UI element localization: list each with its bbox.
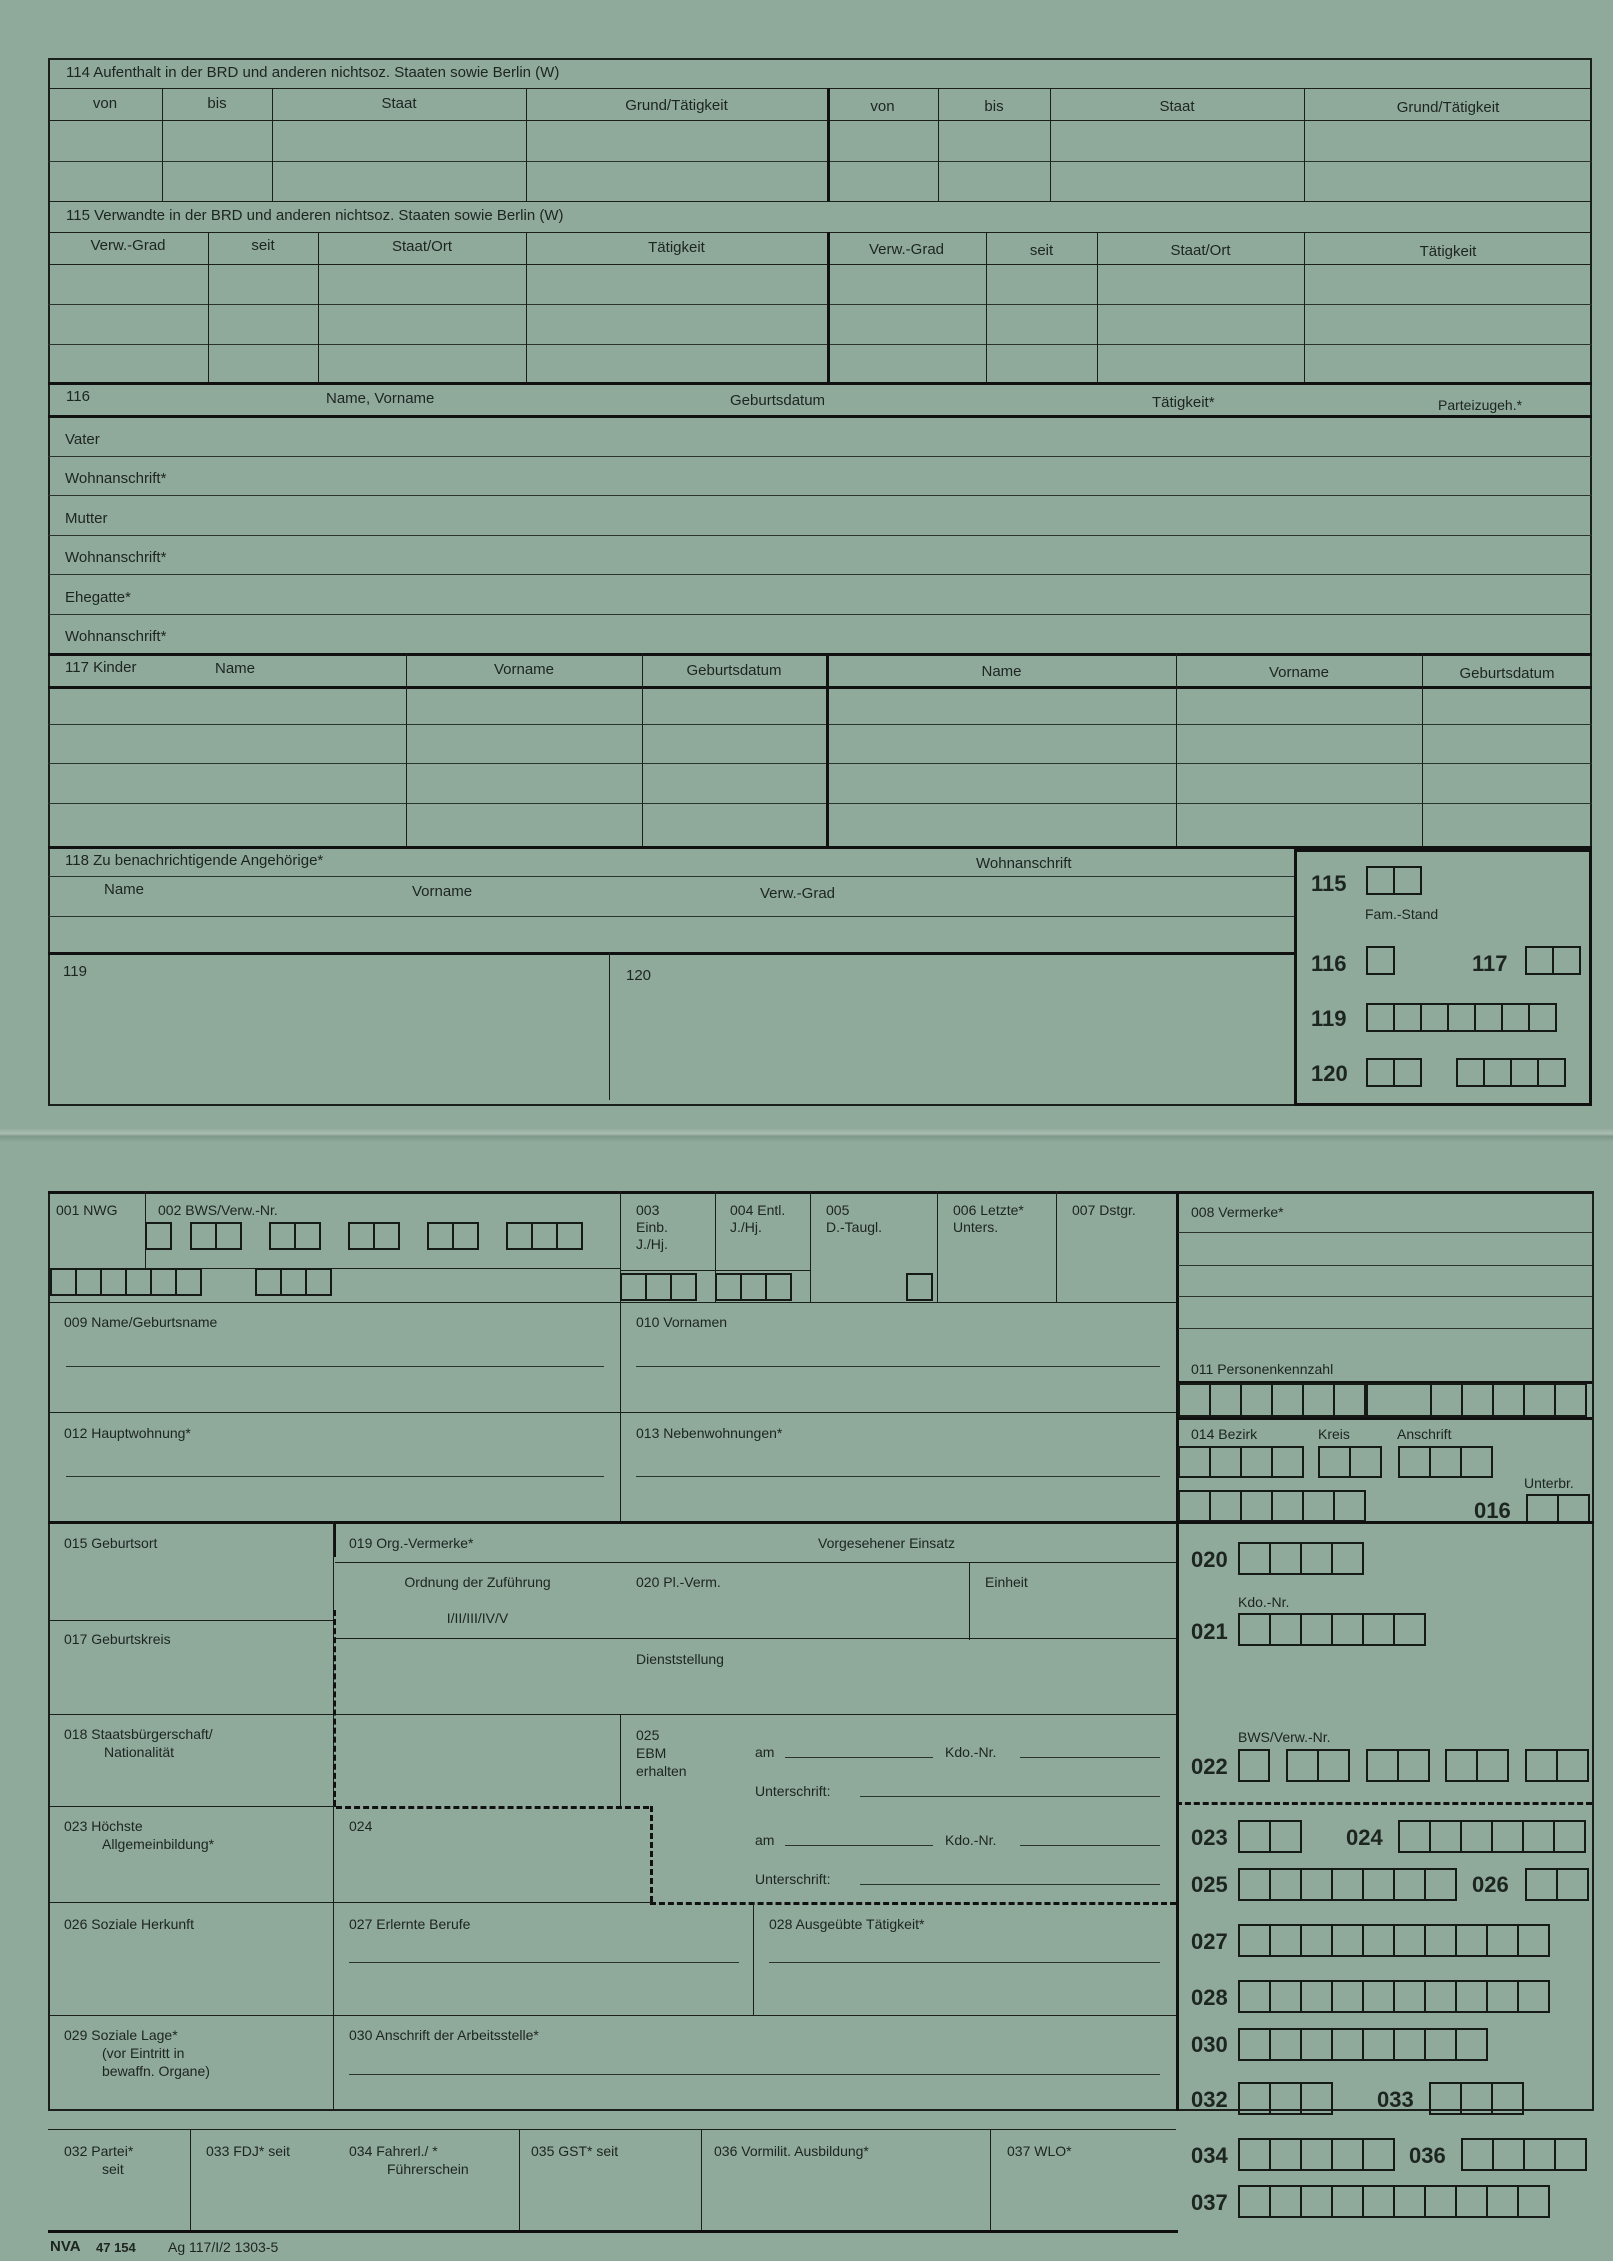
- code-028: 028: [1191, 1986, 1228, 2010]
- field-017-area[interactable]: [50, 1652, 330, 1712]
- col-114-grund-1: Grund/Tätigkeit: [526, 97, 827, 115]
- code-115-boxes[interactable]: [1366, 866, 1422, 895]
- section-117-title: 117 Kinder: [65, 659, 136, 677]
- code-036-boxes[interactable]: [1461, 2138, 1587, 2171]
- field-014-anschrift-boxes[interactable]: [1398, 1446, 1493, 1478]
- row-116-wohnanschrift-mutter: Wohnanschrift*: [65, 549, 166, 567]
- field-029-label-line2: (vor Eintritt in: [102, 2044, 184, 2062]
- field-020-label: 020 Pl.-Verm.: [636, 1573, 721, 1591]
- field-120-area[interactable]: [612, 990, 1292, 1100]
- code-036: 036: [1409, 2144, 1446, 2168]
- field-020-area[interactable]: [622, 1595, 966, 1637]
- code-022-boxes-4[interactable]: [1445, 1749, 1509, 1782]
- field-037-label: 037 WLO*: [1007, 2142, 1072, 2160]
- ebm-kdo-1-input[interactable]: [1020, 1738, 1164, 1758]
- col-114-grund-2: Grund/Tätigkeit: [1304, 99, 1592, 117]
- field-023-area[interactable]: [50, 1857, 330, 1901]
- col-118-name: Name: [104, 881, 144, 899]
- code-021-sublabel: Kdo.-Nr.: [1238, 1593, 1289, 1611]
- ebm-kdo-1-label: Kdo.-Nr.: [945, 1743, 996, 1761]
- table-114-entry-area[interactable]: [48, 120, 1592, 201]
- section-115-title: 115 Verwandte in der BRD und anderen nic…: [66, 207, 564, 225]
- col-117-name-1: Name: [215, 660, 255, 678]
- field-008-area[interactable]: [1180, 1232, 1590, 1360]
- ebm-am-2-label: am: [755, 1831, 774, 1849]
- field-032-area[interactable]: [50, 2180, 188, 2228]
- section-116-number: 116: [66, 388, 90, 406]
- field-023-label-line2: Allgemeinbildung*: [102, 1835, 214, 1853]
- field-002-boxes-4[interactable]: [348, 1222, 400, 1250]
- field-120-label: 120: [626, 967, 651, 985]
- code-022-boxes-5[interactable]: [1525, 1749, 1589, 1782]
- ebm-unterschrift-1-input[interactable]: [860, 1777, 1164, 1797]
- field-003-label-line2: Einb.: [636, 1218, 668, 1236]
- field-011-boxes-2[interactable]: [1366, 1383, 1432, 1417]
- col-115-grad-1: Verw.-Grad: [48, 237, 208, 255]
- field-011-label: 011 Personenkennzahl: [1191, 1360, 1333, 1378]
- table-117-entry-area[interactable]: [48, 686, 1592, 846]
- einheit-area[interactable]: [972, 1595, 1174, 1637]
- col-116-name: Name, Vorname: [326, 390, 434, 408]
- zufuehrung-title: Ordnung der Zuführung: [335, 1573, 620, 1591]
- field-004-label-line1: 004 Entl.: [730, 1201, 785, 1219]
- ebm-kdo-2-label: Kdo.-Nr.: [945, 1831, 996, 1849]
- field-025-label-line2: EBM: [636, 1744, 666, 1762]
- code-020-boxes[interactable]: [1238, 1542, 1364, 1575]
- print-code: Ag 117/I/2 1303-5: [168, 2238, 278, 2256]
- field-006-label-line1: 006 Letzte*: [953, 1201, 1024, 1219]
- col-118-vorname: Vorname: [412, 883, 472, 901]
- field-011-boxes-1[interactable]: [1178, 1383, 1366, 1417]
- code-115: 115: [1311, 872, 1347, 896]
- field-014-extra-boxes[interactable]: [1178, 1490, 1366, 1522]
- col-115-seit-1: seit: [208, 237, 318, 255]
- code-032-boxes[interactable]: [1238, 2082, 1333, 2115]
- code-028-boxes[interactable]: [1238, 1980, 1550, 2013]
- code-116: 116: [1311, 952, 1347, 976]
- field-025-label-line3: erhalten: [636, 1762, 687, 1780]
- code-022-boxes-1[interactable]: [1238, 1749, 1270, 1782]
- col-116-partei: Parteizugeh.*: [1438, 396, 1522, 414]
- field-028-label: 028 Ausgeübte Tätigkeit*: [769, 1915, 924, 1933]
- code-037: 037: [1191, 2191, 1228, 2215]
- code-032: 032: [1191, 2088, 1228, 2112]
- field-028-input[interactable]: [769, 1938, 1164, 1962]
- field-015-area[interactable]: [50, 1555, 330, 1619]
- field-013-input[interactable]: [636, 1445, 1164, 1475]
- code-027-boxes[interactable]: [1238, 1924, 1550, 1957]
- field-010-label: 010 Vornamen: [636, 1313, 727, 1331]
- field-029-label-line1: 029 Soziale Lage*: [64, 2026, 178, 2044]
- col-115-taetigkeit-1: Tätigkeit: [526, 239, 827, 257]
- field-036-area[interactable]: [703, 2162, 988, 2228]
- field-002-boxes-3[interactable]: [269, 1222, 321, 1250]
- code-021-boxes[interactable]: [1238, 1613, 1426, 1646]
- ebm-am-1-label: am: [755, 1743, 774, 1761]
- code-115-sublabel: Fam.-Stand: [1365, 905, 1438, 923]
- col-114-von-1: von: [48, 95, 162, 113]
- field-007-label: 007 Dstgr.: [1072, 1201, 1136, 1219]
- col-115-seit-2: seit: [986, 242, 1097, 260]
- field-002-boxes-6[interactable]: [506, 1222, 583, 1250]
- col-115-taetigkeit-2: Tätigkeit: [1304, 243, 1592, 261]
- field-023-label-line1: 023 Höchste: [64, 1817, 143, 1835]
- field-005-label-line2: D.-Taugl.: [826, 1218, 882, 1236]
- code-022: 022: [1191, 1755, 1228, 1779]
- field-015-label: 015 Geburtsort: [64, 1534, 157, 1552]
- row-116-ehegatte: Ehegatte*: [65, 589, 131, 607]
- col-116-taetigkeit: Tätigkeit*: [1152, 394, 1215, 412]
- field-119-area[interactable]: [50, 985, 606, 1100]
- code-025-boxes[interactable]: [1238, 1868, 1457, 1901]
- code-016: 016: [1474, 1499, 1511, 1523]
- field-030-input[interactable]: [349, 2050, 1164, 2074]
- code-022-boxes-3[interactable]: [1366, 1749, 1430, 1782]
- field-036-label: 036 Vormilit. Ausbildung*: [714, 2142, 869, 2160]
- row-116-wohnanschrift-vater: Wohnanschrift*: [65, 470, 166, 488]
- field-034-area[interactable]: [336, 2180, 517, 2228]
- form-number: 47 154: [96, 2239, 136, 2257]
- ebm-unterschrift-2-label: Unterschrift:: [755, 1870, 830, 1888]
- field-027-label: 027 Erlernte Berufe: [349, 1915, 470, 1933]
- field-018-label-line2: Nationalität: [104, 1743, 174, 1761]
- field-010-input[interactable]: [636, 1335, 1164, 1365]
- ebm-am-2-input[interactable]: [785, 1826, 937, 1846]
- code-034-boxes[interactable]: [1238, 2138, 1395, 2171]
- field-012-input[interactable]: [66, 1445, 608, 1475]
- field-002-label: 002 BWS/Verw.-Nr.: [158, 1201, 278, 1219]
- table-118-entry-area[interactable]: [48, 916, 1294, 952]
- col-117-geburtsdatum-2: Geburtsdatum: [1422, 665, 1592, 683]
- ebm-unterschrift-1-label: Unterschrift:: [755, 1782, 830, 1800]
- code-022-boxes-2[interactable]: [1286, 1749, 1350, 1782]
- code-022-sublabel: BWS/Verw.-Nr.: [1238, 1728, 1331, 1746]
- field-035-area[interactable]: [521, 2162, 699, 2228]
- field-006-label-line2: Unters.: [953, 1218, 998, 1236]
- col-115-ort-1: Staat/Ort: [318, 238, 526, 256]
- col-114-von-2: von: [827, 98, 938, 116]
- code-117: 117: [1472, 952, 1508, 976]
- zufuehrung-values: I/II/III/IV/V: [335, 1609, 620, 1627]
- col-118-verw-grad: Verw.-Grad: [760, 885, 835, 903]
- code-033-boxes[interactable]: [1429, 2082, 1524, 2115]
- field-002-boxes-1[interactable]: [145, 1222, 172, 1250]
- col-114-bis-1: bis: [162, 95, 272, 113]
- field-034-label-line2: Führerschein: [387, 2160, 469, 2178]
- col-117-name-2: Name: [827, 663, 1176, 681]
- field-033-label: 033 FDJ* seit: [206, 2142, 290, 2160]
- col-117-vorname-2: Vorname: [1176, 664, 1422, 682]
- col-117-vorname-1: Vorname: [406, 661, 642, 679]
- dienststellung-label: Dienststellung: [636, 1650, 724, 1668]
- field-014-bezirk-boxes[interactable]: [1178, 1446, 1304, 1478]
- ebm-unterschrift-2-input[interactable]: [860, 1865, 1164, 1885]
- ebm-kdo-2-input[interactable]: [1020, 1826, 1164, 1846]
- field-002-boxes-5[interactable]: [427, 1222, 479, 1250]
- field-005-boxes[interactable]: [906, 1273, 933, 1301]
- field-032-label-line1: 032 Partei*: [64, 2142, 133, 2160]
- code-024-boxes[interactable]: [1398, 1820, 1586, 1853]
- field-029-label-line3: bewaffn. Organe): [102, 2062, 210, 2080]
- field-017-label: 017 Geburtskreis: [64, 1630, 171, 1648]
- einheit-label: Einheit: [985, 1573, 1028, 1591]
- table-115-entry-area[interactable]: [48, 264, 1592, 382]
- code-026: 026: [1472, 1873, 1509, 1897]
- code-030: 030: [1191, 2033, 1228, 2057]
- col-114-bis-2: bis: [938, 98, 1050, 116]
- dienststellung-area[interactable]: [622, 1672, 1174, 1712]
- field-016-sublabel: Unterbr.: [1524, 1474, 1574, 1492]
- field-009-input[interactable]: [66, 1335, 608, 1365]
- col-117-geburtsdatum-1: Geburtsdatum: [642, 662, 826, 680]
- field-001-boxes[interactable]: [50, 1268, 202, 1296]
- code-030-boxes[interactable]: [1238, 2028, 1488, 2061]
- field-002-boxes-2[interactable]: [190, 1222, 242, 1250]
- field-012-label: 012 Hauptwohnung*: [64, 1424, 191, 1442]
- code-033: 033: [1377, 2088, 1414, 2112]
- field-119-label: 119: [63, 963, 87, 981]
- field-014-bezirk-label: 014 Bezirk: [1191, 1425, 1257, 1443]
- field-025-label-line1: 025: [636, 1726, 659, 1744]
- col-116-geburtsdatum: Geburtsdatum: [730, 392, 825, 410]
- field-026-label: 026 Soziale Herkunft: [64, 1915, 194, 1933]
- code-027: 027: [1191, 1930, 1228, 1954]
- field-033-area[interactable]: [192, 2162, 332, 2228]
- code-116-boxes[interactable]: [1366, 946, 1395, 975]
- form-code: NVA: [50, 2238, 81, 2256]
- field-035-label: 035 GST* seit: [531, 2142, 618, 2160]
- field-014-kreis-boxes[interactable]: [1318, 1446, 1382, 1478]
- field-034-label-line1: 034 Fahrerl./ *: [349, 2142, 438, 2160]
- row-116-vater: Vater: [65, 431, 100, 449]
- row-116-wohnanschrift-ehegatte: Wohnanschrift*: [65, 628, 166, 646]
- fold-crease: [0, 1128, 1613, 1142]
- field-016-boxes[interactable]: [1526, 1494, 1590, 1523]
- code-023-boxes[interactable]: [1238, 1820, 1302, 1853]
- code-023: 023: [1191, 1826, 1228, 1850]
- code-119-boxes[interactable]: [1366, 1003, 1557, 1032]
- field-003-label-line3: J./Hj.: [636, 1235, 668, 1253]
- form-card: 114 Aufenthalt in der BRD und anderen ni…: [0, 0, 1613, 2261]
- field-030-label: 030 Anschrift der Arbeitsstelle*: [349, 2026, 539, 2044]
- table-116-entry-area[interactable]: [200, 415, 1592, 653]
- code-119: 119: [1311, 1007, 1347, 1031]
- field-011-boxes-3[interactable]: [1430, 1383, 1587, 1417]
- field-024-area[interactable]: [336, 1840, 646, 1900]
- einsatz-label: Vorgesehener Einsatz: [818, 1534, 955, 1552]
- field-032-label-line2: seit: [102, 2160, 124, 2178]
- field-005-label-line1: 005: [826, 1201, 849, 1219]
- field-002-boxes-row2[interactable]: [255, 1268, 332, 1296]
- field-004-label-line2: J./Hj.: [730, 1218, 762, 1236]
- field-001-label: 001 NWG: [56, 1201, 117, 1219]
- field-013-label: 013 Nebenwohnungen*: [636, 1424, 782, 1442]
- field-003-boxes[interactable]: [620, 1273, 697, 1301]
- field-008-label: 008 Vermerke*: [1191, 1203, 1284, 1221]
- field-027-input[interactable]: [349, 1938, 743, 1962]
- ebm-am-1-input[interactable]: [785, 1738, 937, 1758]
- code-024: 024: [1346, 1826, 1383, 1850]
- field-009-label: 009 Name/Geburtsname: [64, 1313, 217, 1331]
- field-019-label: 019 Org.-Vermerke*: [349, 1534, 474, 1552]
- field-029-area[interactable]: [50, 2082, 330, 2127]
- field-014-kreis-label: Kreis: [1318, 1425, 1350, 1443]
- code-025: 025: [1191, 1873, 1228, 1897]
- code-120-boxes-b[interactable]: [1456, 1058, 1566, 1087]
- code-037-boxes[interactable]: [1238, 2185, 1550, 2218]
- col-114-staat-1: Staat: [272, 95, 526, 113]
- field-037-area[interactable]: [992, 2162, 1174, 2228]
- code-120-boxes-a[interactable]: [1366, 1058, 1422, 1087]
- field-024-label: 024: [349, 1817, 372, 1835]
- code-117-boxes[interactable]: [1525, 946, 1581, 975]
- field-026-area[interactable]: [50, 1935, 330, 2013]
- code-020: 020: [1191, 1548, 1228, 1572]
- col-118-wohnanschrift: Wohnanschrift: [976, 855, 1072, 873]
- code-034: 034: [1191, 2144, 1228, 2168]
- section-118-title: 118 Zu benachrichtigende Angehörige*: [65, 852, 323, 870]
- col-114-staat-2: Staat: [1050, 98, 1304, 116]
- field-014-anschrift-label: Anschrift: [1397, 1425, 1451, 1443]
- field-018-area[interactable]: [50, 1765, 330, 1805]
- col-115-ort-2: Staat/Ort: [1097, 242, 1304, 260]
- row-116-mutter: Mutter: [65, 510, 108, 528]
- field-018-label-line1: 018 Staatsbürgerschaft/: [64, 1725, 213, 1743]
- col-115-grad-2: Verw.-Grad: [827, 241, 986, 259]
- field-003-label-line1: 003: [636, 1201, 659, 1219]
- field-004-boxes[interactable]: [715, 1273, 792, 1301]
- code-026-boxes[interactable]: [1525, 1868, 1589, 1901]
- section-114-title: 114 Aufenthalt in der BRD und anderen ni…: [66, 64, 559, 82]
- code-021: 021: [1191, 1620, 1228, 1644]
- code-120: 120: [1311, 1062, 1348, 1086]
